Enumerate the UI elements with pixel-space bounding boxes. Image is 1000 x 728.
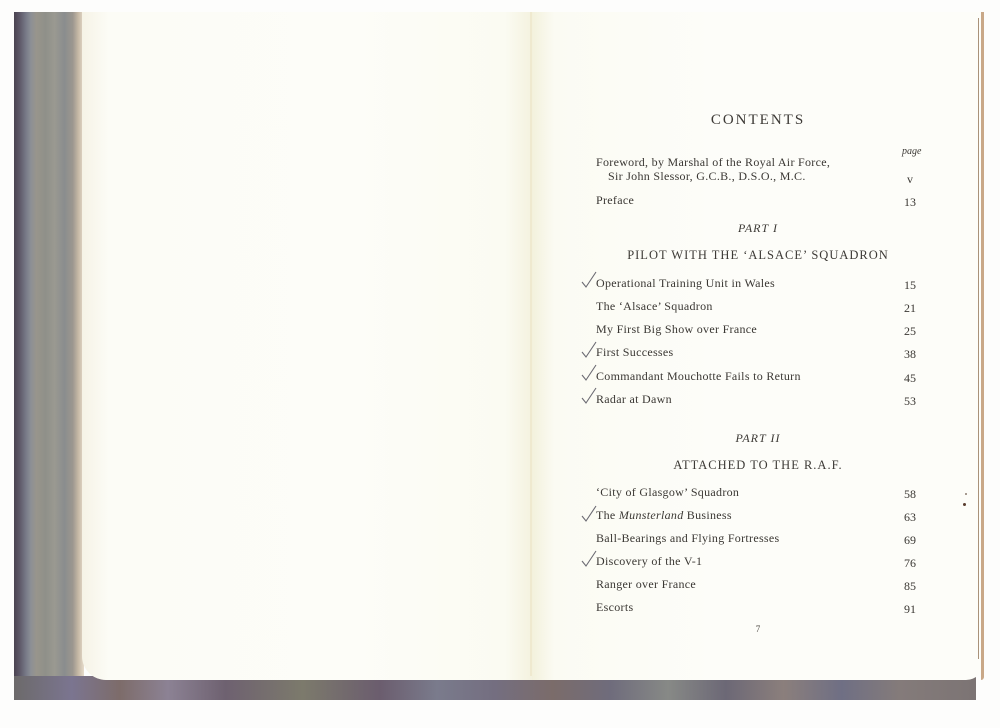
toc-page-number: 53	[902, 394, 918, 409]
toc-page-number: v	[902, 172, 918, 187]
check-mark-icon	[581, 387, 597, 405]
toc-entry: Ranger over France	[596, 577, 926, 591]
part-title: PILOT WITH THE ‘ALSACE’ SQUADRON	[532, 248, 984, 263]
toc-entry-preface: Preface	[596, 193, 926, 207]
toc-page-number: 58	[902, 487, 918, 502]
part-label: PART I	[532, 221, 984, 236]
check-mark-icon	[581, 550, 597, 568]
check-mark-icon	[581, 271, 597, 289]
toc-page-number: 69	[902, 533, 918, 548]
toc-entry-title-prefix: The	[596, 508, 619, 522]
toc-entry: Commandant Mouchotte Fails to Return	[596, 369, 926, 383]
right-page-contents: CONTENTS page Foreword, by Marshal of th…	[532, 12, 984, 680]
toc-entry-title-suffix: Business	[684, 508, 732, 522]
toc-entry-title-continued: Sir John Slessor, G.C.B., D.S.O., M.C.	[596, 169, 926, 183]
check-mark-icon	[581, 341, 597, 359]
toc-entry: My First Big Show over France	[596, 322, 926, 336]
toc-entry: The Munsterland Business	[596, 508, 926, 522]
toc-entry-title-italic: Munsterland	[619, 508, 684, 522]
toc-entry-foreword: Foreword, by Marshal of the Royal Air Fo…	[596, 155, 926, 183]
toc-page-number: 13	[902, 195, 918, 210]
toc-page-number: 76	[902, 556, 918, 571]
toc-entry: Ball-Bearings and Flying Fortresses	[596, 531, 926, 545]
toc-page-number: 25	[902, 324, 918, 339]
scanned-book-spread: CONTENTS page Foreword, by Marshal of th…	[0, 0, 1000, 728]
toc-entry: Operational Training Unit in Wales	[596, 276, 926, 290]
toc-page-number: 91	[902, 602, 918, 617]
toc-page-number: 45	[902, 371, 918, 386]
toc-page-number: 21	[902, 301, 918, 316]
contents-title: CONTENTS	[532, 112, 984, 129]
left-page-blank	[82, 12, 532, 680]
toc-entry-title: Foreword, by Marshal of the Royal Air Fo…	[596, 155, 830, 169]
toc-entry: ‘City of Glasgow’ Squadron	[596, 485, 926, 499]
check-mark-icon	[581, 364, 597, 382]
part-title: ATTACHED TO THE R.A.F.	[532, 458, 984, 473]
book-cover-left-edge	[14, 12, 84, 700]
toc-page-number: 15	[902, 278, 918, 293]
paper-speck	[963, 503, 966, 506]
toc-entry: Escorts	[596, 600, 926, 614]
page-number-folio: 7	[532, 624, 984, 634]
toc-entry: First Successes	[596, 345, 926, 359]
toc-entry: Radar at Dawn	[596, 392, 926, 406]
toc-entry: The ‘Alsace’ Squadron	[596, 299, 926, 313]
check-mark-icon	[581, 505, 597, 523]
toc-page-number: 38	[902, 347, 918, 362]
toc-entry: Discovery of the V-1	[596, 554, 926, 568]
table-of-contents: CONTENTS page Foreword, by Marshal of th…	[532, 12, 984, 680]
paper-speck	[965, 493, 967, 495]
toc-page-number: 85	[902, 579, 918, 594]
toc-page-number: 63	[902, 510, 918, 525]
part-label: PART II	[532, 431, 984, 446]
